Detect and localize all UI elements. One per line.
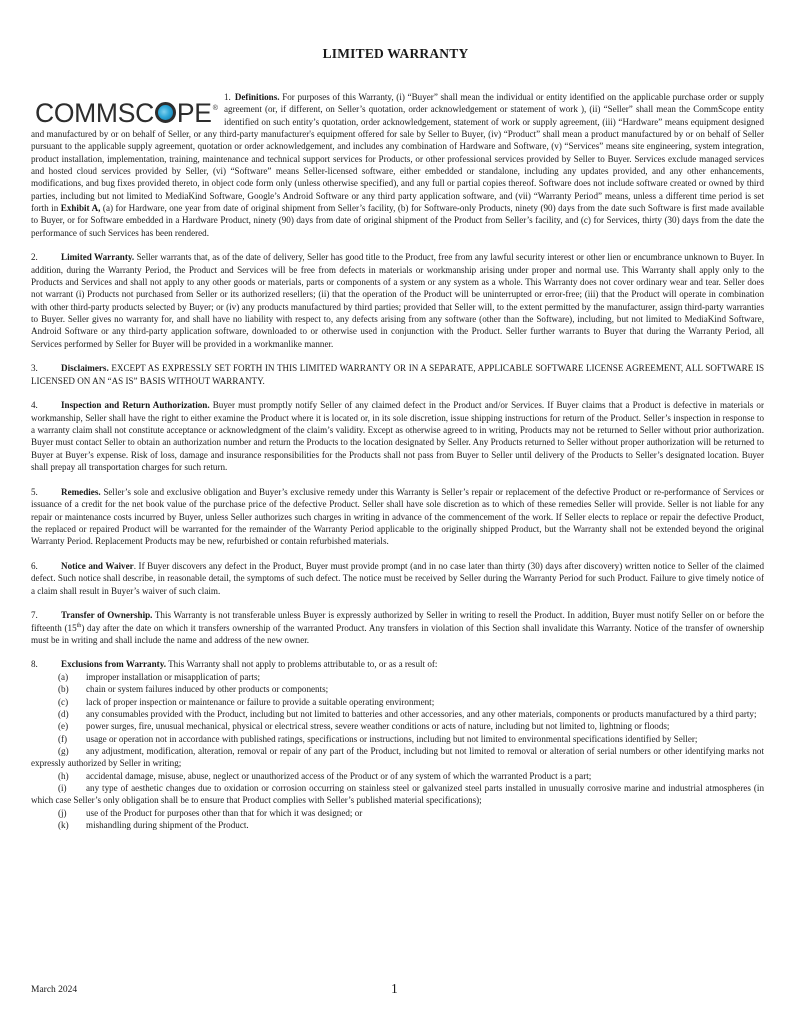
list-item: (c)lack of proper inspection or maintena… [31,696,764,708]
page-number: 1 [391,981,398,997]
list-item: (g)any adjustment, modification, alterat… [31,745,764,770]
section-number: 7. [31,609,61,621]
list-item: (e)power surges, fire, unusual mechanica… [31,720,764,732]
section-disclaimers: 3.Disclaimers. EXCEPT AS EXPRESSLY SET F… [31,362,764,387]
section-heading: Remedies. [61,487,101,497]
section-text-cont: ) day after the date on which it transfe… [31,623,764,645]
section-heading: Disclaimers. [61,363,109,373]
section-inspection-return: 4.Inspection and Return Authorization. B… [31,399,764,473]
logo-globe-icon [155,102,176,123]
commscope-logo: COMMSCPE® [31,92,216,128]
section-number: 2. [31,251,61,263]
section-number: 3. [31,362,61,374]
list-item: (k)mishandling during shipment of the Pr… [31,819,764,831]
section-number: 6. [31,560,61,572]
section-transfer-ownership: 7.Transfer of Ownership. This Warranty i… [31,609,764,646]
section-heading: Transfer of Ownership. [61,610,152,620]
section-text-cont: (a) for Hardware, one year from date of … [31,203,764,238]
exhibit-reference: Exhibit A, [61,203,101,213]
list-item: (i)any type of aesthetic changes due to … [31,782,764,807]
section-exclusions: 8.Exclusions from Warranty. This Warrant… [31,658,764,831]
section-number: 5. [31,486,61,498]
section-heading: Limited Warranty. [61,252,134,262]
list-item: (a)improper installation or misapplicati… [31,671,764,683]
section-number: 1. [224,92,231,102]
logo-wordmark: COMMSCPE® [35,94,218,128]
section-notice-waiver: 6.Notice and Waiver. If Buyer discovers … [31,560,764,597]
footer-date: March 2024 [31,985,77,995]
section-heading: Notice and Waiver [61,561,134,571]
list-item: (f)usage or operation not in accordance … [31,733,764,745]
section-number: 4. [31,399,61,411]
document-page: LIMITED WARRANTY COMMSCPE® 1.Definitions… [0,0,791,1024]
section-text: EXCEPT AS EXPRESSLY SET FORTH IN THIS LI… [31,363,764,385]
page-title: LIMITED WARRANTY [0,46,791,62]
list-item: (j)use of the Product for purposes other… [31,807,764,819]
list-item: (h)accidental damage, misuse, abuse, neg… [31,770,764,782]
list-item: (d)any consumables provided with the Pro… [31,708,764,720]
section-text: Buyer must promptly notify Seller of any… [31,400,764,472]
section-heading: Inspection and Return Authorization. [61,400,210,410]
section-remedies: 5.Remedies. Seller’s sole and exclusive … [31,486,764,548]
section-heading: Exclusions from Warranty. [61,659,166,669]
section-limited-warranty: 2.Limited Warranty. Seller warrants that… [31,251,764,350]
list-item: (b)chain or system failures induced by o… [31,683,764,695]
exclusions-list: (a)improper installation or misapplicati… [31,671,764,831]
section-text: Seller’s sole and exclusive obligation a… [31,487,764,546]
section-number: 8. [31,658,61,670]
section-text: This Warranty shall not apply to problem… [166,659,437,669]
section-text: . If Buyer discovers any defect in the P… [31,561,764,596]
document-body: COMMSCPE® 1.Definitions. For purposes of… [31,91,764,844]
section-text: Seller warrants that, as of the date of … [31,252,764,348]
section-heading: Definitions. [235,92,280,102]
